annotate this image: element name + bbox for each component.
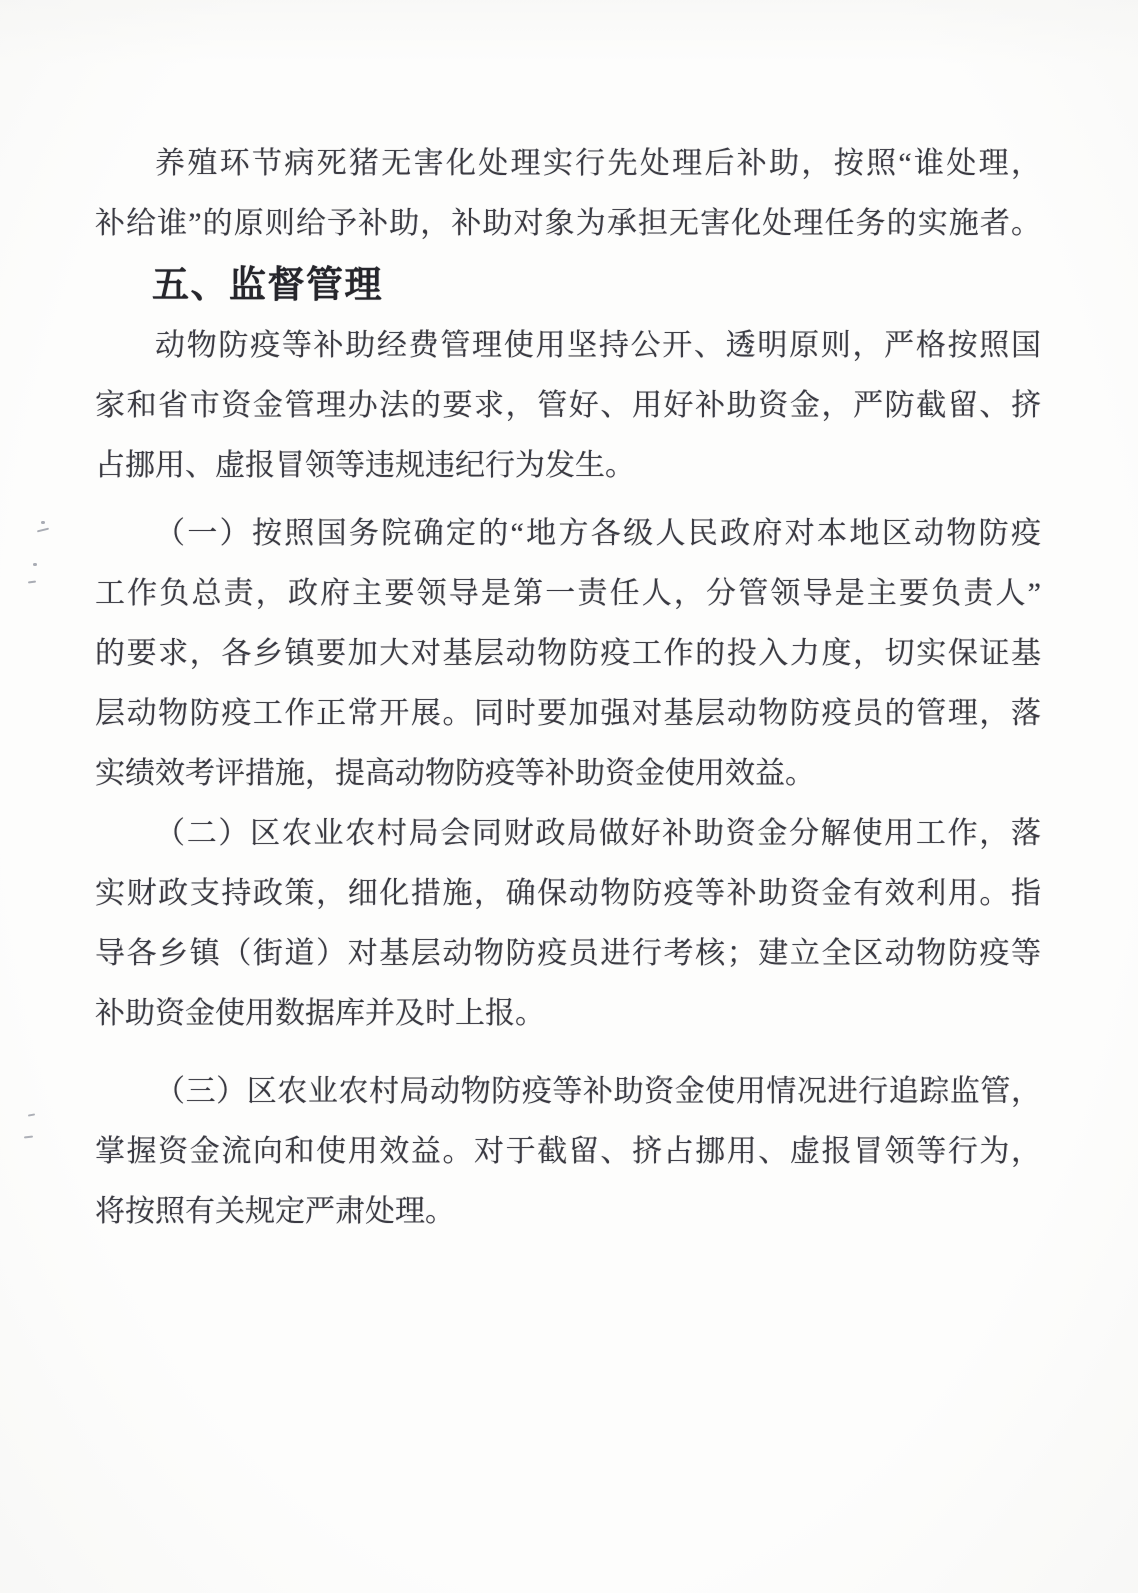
text-line: 将按照有关规定严肃处理。 (95, 1182, 1041, 1242)
text-line: 的要求，各乡镇要加大对基层动物防疫工作的投入力度，切实保证基 (95, 624, 1041, 684)
text-line: 养殖环节病死猪无害化处理实行先处理后补助，按照“谁处理， (95, 134, 1041, 194)
pencil-mark (41, 521, 45, 524)
text-line: 实绩效考评措施，提高动物防疫等补助资金使用效益。 (95, 744, 1041, 804)
paragraph-item-3: （三）区农业农村局动物防疫等补助资金使用情况进行追踪监管， 掌握资金流向和使用效… (95, 1062, 1041, 1242)
pencil-mark (24, 1136, 33, 1139)
text-line: 补助资金使用数据库并及时上报。 (95, 984, 1041, 1044)
section-heading: 五、监督管理 (95, 254, 1041, 316)
document-body: 养殖环节病死猪无害化处理实行先处理后补助，按照“谁处理， 补给谁”的原则给予补助… (95, 134, 1041, 1242)
text-line: 工作负总责，政府主要领导是第一责任人，分管领导是主要负责人” (95, 564, 1041, 624)
text-line: 掌握资金流向和使用效益。对于截留、挤占挪用、虚报冒领等行为， (95, 1122, 1041, 1182)
paragraph-item-2: （二）区农业农村局会同财政局做好补助资金分解使用工作，落 实财政支持政策，细化措… (95, 804, 1041, 1044)
pencil-mark (28, 580, 36, 583)
text-line: 层动物防疫工作正常开展。同时要加强对基层动物防疫员的管理，落 (95, 684, 1041, 744)
text-line: 动物防疫等补助经费管理使用坚持公开、透明原则，严格按照国 (95, 316, 1041, 376)
paragraph-intro: 养殖环节病死猪无害化处理实行先处理后补助，按照“谁处理， 补给谁”的原则给予补助… (95, 134, 1041, 254)
text-line: （三）区农业农村局动物防疫等补助资金使用情况进行追踪监管， (95, 1062, 1041, 1122)
text-line: 家和省市资金管理办法的要求，管好、用好补助资金，严防截留、挤 (95, 376, 1041, 436)
pencil-mark (33, 563, 37, 566)
text-line: 补给谁”的原则给予补助，补助对象为承担无害化处理任务的实施者。 (95, 194, 1041, 254)
text-line: （二）区农业农村局会同财政局做好补助资金分解使用工作，落 (95, 804, 1041, 864)
text-line: 占挪用、虚报冒领等违规违纪行为发生。 (95, 436, 1041, 496)
text-line: 实财政支持政策，细化措施，确保动物防疫等补助资金有效利用。指 (95, 864, 1041, 924)
pencil-mark (28, 1113, 35, 1116)
scanned-page: 养殖环节病死猪无害化处理实行先处理后补助，按照“谁处理， 补给谁”的原则给予补助… (0, 0, 1138, 1593)
text-line: 导各乡镇（街道）对基层动物防疫员进行考核；建立全区动物防疫等 (95, 924, 1041, 984)
text-line: （一）按照国务院确定的“地方各级人民政府对本地区动物防疫 (95, 504, 1041, 564)
pencil-mark (37, 528, 49, 533)
paragraph-overview: 动物防疫等补助经费管理使用坚持公开、透明原则，严格按照国 家和省市资金管理办法的… (95, 316, 1041, 496)
paragraph-item-1: （一）按照国务院确定的“地方各级人民政府对本地区动物防疫 工作负总责，政府主要领… (95, 504, 1041, 804)
